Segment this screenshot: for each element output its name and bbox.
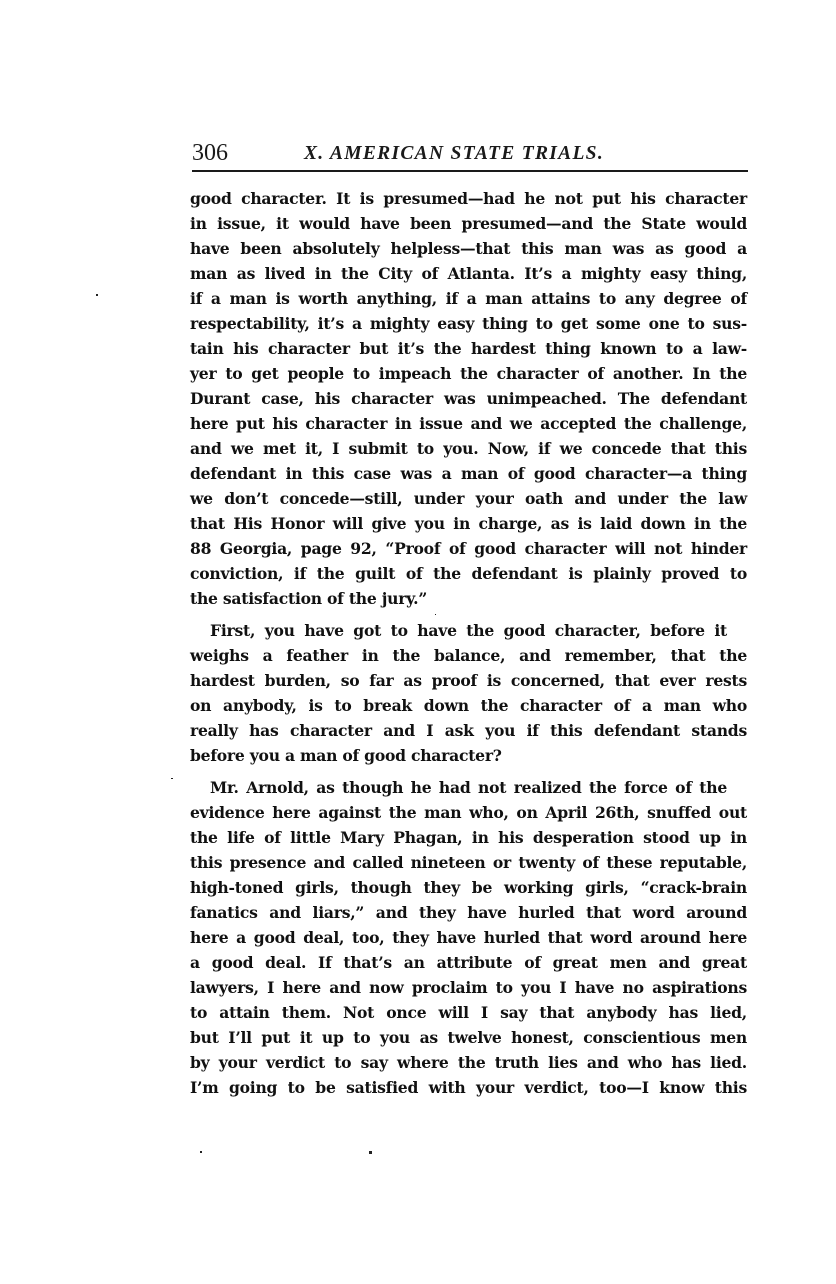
text-line: high-toned girls, though they be working… [190, 875, 747, 900]
text-line: the satisfaction of the jury.” [190, 586, 747, 611]
text-line: to attain them. Not once will I say that… [190, 1000, 747, 1025]
text-line: weighs a feather in the balance, and rem… [190, 643, 747, 668]
text-line: really has character and I ask you if th… [190, 718, 747, 743]
text-line: lawyers, I here and now proclaim to you … [190, 975, 747, 1000]
text-line: that His Honor will give you in charge, … [190, 511, 747, 536]
text-line: fanatics and liars,” and they have hurle… [190, 900, 747, 925]
text-line: Mr. Arnold, as though he had not realize… [190, 775, 747, 800]
scan-speck [171, 778, 173, 779]
text-line: the life of little Mary Phagan, in his d… [190, 825, 747, 850]
text-line: man as lived in the City of Atlanta. It’… [190, 261, 747, 286]
text-line: we don’t concede—still, under your oath … [190, 486, 747, 511]
book-page: 306 X. AMERICAN STATE TRIALS. good chara… [0, 0, 836, 1284]
text-line: hardest burden, so far as proof is conce… [190, 668, 747, 693]
paragraph-1: good character. It is presumed—had he no… [190, 186, 747, 611]
text-line: here put his character in issue and we a… [190, 411, 747, 436]
page-number: 306 [192, 138, 228, 168]
text-line: have been absolutely helpless—that this … [190, 236, 747, 261]
running-head: 306 X. AMERICAN STATE TRIALS. [192, 138, 748, 168]
scan-speck [96, 294, 98, 296]
text-line: I’m going to be satisfied with your verd… [190, 1075, 747, 1100]
text-line: respectability, it’s a mighty easy thing… [190, 311, 747, 336]
text-line: by your verdict to say where the truth l… [190, 1050, 747, 1075]
text-line: defendant in this case was a man of good… [190, 461, 747, 486]
text-line: tain his character but it’s the hardest … [190, 336, 747, 361]
header-rule [192, 170, 748, 172]
text-line: and we met it, I submit to you. Now, if … [190, 436, 747, 461]
body-text: good character. It is presumed—had he no… [190, 186, 747, 1100]
scan-speck [369, 1151, 372, 1154]
text-line: if a man is worth anything, if a man att… [190, 286, 747, 311]
paragraph-2: First, you have got to have the good cha… [190, 618, 747, 768]
scan-speck [435, 614, 436, 615]
paragraph-3: Mr. Arnold, as though he had not realize… [190, 775, 747, 1100]
text-line: good character. It is presumed—had he no… [190, 186, 747, 211]
text-line: but I’ll put it up to you as twelve hone… [190, 1025, 747, 1050]
text-line: this presence and called nineteen or twe… [190, 850, 747, 875]
text-line: First, you have got to have the good cha… [190, 618, 747, 643]
scan-speck [200, 1151, 202, 1153]
text-line: here a good deal, too, they have hurled … [190, 925, 747, 950]
text-line: 88 Georgia, page 92, “Proof of good char… [190, 536, 747, 561]
text-line: before you a man of good character? [190, 743, 747, 768]
text-line: yer to get people to impeach the charact… [190, 361, 747, 386]
text-line: in issue, it would have been presumed—an… [190, 211, 747, 236]
text-line: a good deal. If that’s an attribute of g… [190, 950, 747, 975]
text-line: Durant case, his character was unimpeach… [190, 386, 747, 411]
running-title: X. AMERICAN STATE TRIALS. [304, 139, 604, 169]
text-line: evidence here against the man who, on Ap… [190, 800, 747, 825]
text-line: on anybody, is to break down the charact… [190, 693, 747, 718]
text-line: conviction, if the guilt of the defendan… [190, 561, 747, 586]
